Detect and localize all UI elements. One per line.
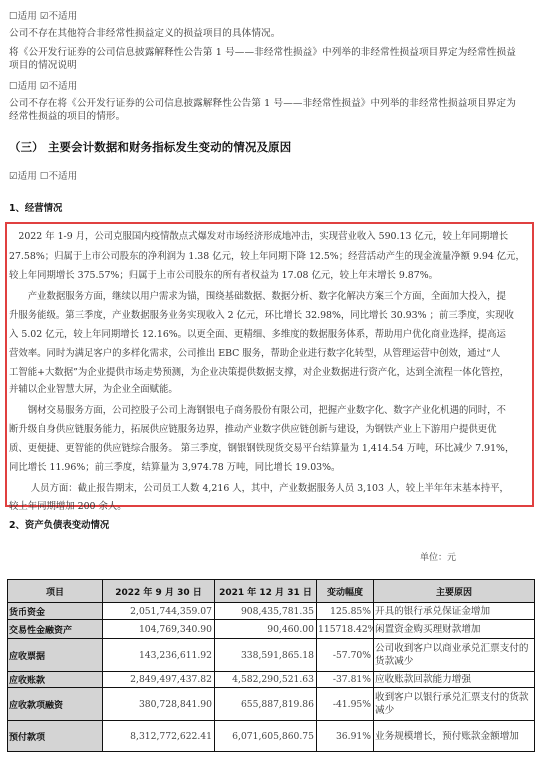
row-value-2021: 908,435,781.35 [215,603,317,620]
row-value-2021: 338,591,865.18 [215,639,317,672]
row-change: -41.95% [317,688,374,721]
row-change: -37.81% [317,672,374,688]
section-title: （三） 主要会计数据和财务指标发生变动的情况及原因 [9,139,291,155]
paragraph-no-other-items: 公司不存在其他符合非经常性损益定义的损益项目的具体情况。 [9,27,280,40]
paragraph-reclassify-line2: 项目的情况说明 [9,59,77,72]
row-value-2022: 143,236,611.92 [103,639,215,672]
row-value-2021: 4,582,290,521.63 [215,672,317,688]
operations-line: 较上年同期增加 200 余人。 [9,497,127,517]
table-row: 交易性金融资产 104,769,340.90 90,460.00 115718.… [8,620,535,639]
operations-line: 升服务能级。第三季度，产业数据服务业务实现收入 2 亿元，环比增长 32.98%… [9,306,514,326]
header-2021: 2021 年 12 月 31 日 [215,580,317,603]
table-row: 货币资金 2,051,744,359.07 908,435,781.35 125… [8,603,535,620]
row-change: -57.70% [317,639,374,672]
row-value-2021: 90,460.00 [215,620,317,639]
table-row: 预付款项 8,312,772,622.41 6,071,605,860.75 3… [8,721,535,752]
operations-line: 营效率。同时为满足客户的多样化需求，公司推出 EBC 服务，帮助企业进行数字化转… [9,344,500,364]
row-value-2022: 8,312,772,622.41 [103,721,215,752]
balance-heading: 2、资产负债表变动情况 [9,517,109,531]
paragraph-no-reclassify-line1: 公司不存在将《公开发行证券的公司信息披露解释性公告第 1 号——非经常性损益》中… [9,97,516,110]
operations-line: 产业数据服务方面，继续以用户需求为锚，围绕基础数据、数据分析、数字化解决方案三个… [9,287,506,307]
checkbox-applicable: ☑适用 ☐不适用 [9,168,77,182]
row-item: 应收票据 [8,639,103,672]
row-reason: 开具的银行承兑保证金增加 [374,603,535,620]
operations-line: 并辅以企业智慧大屏，为企业全面赋能。 [9,380,178,400]
row-change: 36.91% [317,721,374,752]
row-value-2022: 380,728,841.90 [103,688,215,721]
operations-line: 断升级自身供应链服务能力，拓展供应链服务边界，推动产业数字供应链创新与建设，为钢… [9,420,497,440]
row-reason: 收到客户以银行承兑汇票支付的货款减少 [374,688,535,721]
row-item: 应收款项融资 [8,688,103,721]
paragraph-no-reclassify-line2: 经常性损益的项目的情形。 [9,110,125,123]
operations-heading: 1、经营情况 [9,200,62,214]
row-value-2022: 2,849,497,437.82 [103,672,215,688]
header-reason: 主要原因 [374,580,535,603]
checkbox-not-applicable-1: ☐适用 ☑不适用 [9,8,77,22]
row-value-2022: 2,051,744,359.07 [103,603,215,620]
row-reason: 闲置资金购买理财款增加 [374,620,535,639]
row-change: 115718.42% [317,620,374,639]
operations-line: 入 5.02 亿元，较上年同期增长 12.16%。以更全面、更精细、多维度的数据… [9,325,506,345]
operations-line: 质、更便捷、更智能的供应链综合服务。 第三季度，钢银钢铁现货交易平台结算量为 1… [9,439,514,459]
operations-line: 同比增长 11.96%；前三季度，结算量为 3,974.78 万吨，同比增长 1… [9,458,340,478]
unit-label: 单位：元 [420,550,456,563]
table-header-row: 项目 2022 年 9 月 30 日 2021 年 12 月 31 日 变动幅度… [8,580,535,603]
operations-line: 人员方面：截止报告期末，公司员工人数 4,216 人，其中，产业数据服务人员 3… [9,479,509,499]
row-item: 应收账款 [8,672,103,688]
row-reason: 业务规模增长，预付账款金额增加 [374,721,535,752]
row-item: 交易性金融资产 [8,620,103,639]
table-row: 应收款项融资 380,728,841.90 655,887,819.86 -41… [8,688,535,721]
operations-line: 钢材交易服务方面，公司控股子公司上海钢银电子商务股份有限公司，把握产业数字化、数… [9,401,506,421]
operations-line: 27.58%；归属于上市公司股东的净利润为 1.38 亿元，较上年同期下降 12… [9,247,525,267]
row-item: 货币资金 [8,603,103,620]
header-2022: 2022 年 9 月 30 日 [103,580,215,603]
row-change: 125.85% [317,603,374,620]
row-item: 预付款项 [8,721,103,752]
row-value-2022: 104,769,340.90 [103,620,215,639]
row-reason: 公司收到客户以商业承兑汇票支付的货款减少 [374,639,535,672]
row-reason: 应收账款回款能力增强 [374,672,535,688]
operations-line: 较上年同期增长 375.57%；归属于上市公司股东的所有者权益为 17.08 亿… [9,266,438,286]
header-change: 变动幅度 [317,580,374,603]
checkbox-not-applicable-2: ☐适用 ☑不适用 [9,78,77,92]
paragraph-reclassify-line1: 将《公开发行证券的公司信息披露解释性公告第 1 号——非经常性损益》中列举的非经… [9,46,516,59]
balance-sheet-table: 项目 2022 年 9 月 30 日 2021 年 12 月 31 日 变动幅度… [7,579,535,752]
operations-line: 2022 年 1-9 月，公司克服国内疫情散点式爆发对市场经济形成地冲击，实现营… [9,227,508,247]
row-value-2021: 6,071,605,860.75 [215,721,317,752]
header-item: 项目 [8,580,103,603]
table-row: 应收账款 2,849,497,437.82 4,582,290,521.63 -… [8,672,535,688]
table-row: 应收票据 143,236,611.92 338,591,865.18 -57.7… [8,639,535,672]
row-value-2021: 655,887,819.86 [215,688,317,721]
